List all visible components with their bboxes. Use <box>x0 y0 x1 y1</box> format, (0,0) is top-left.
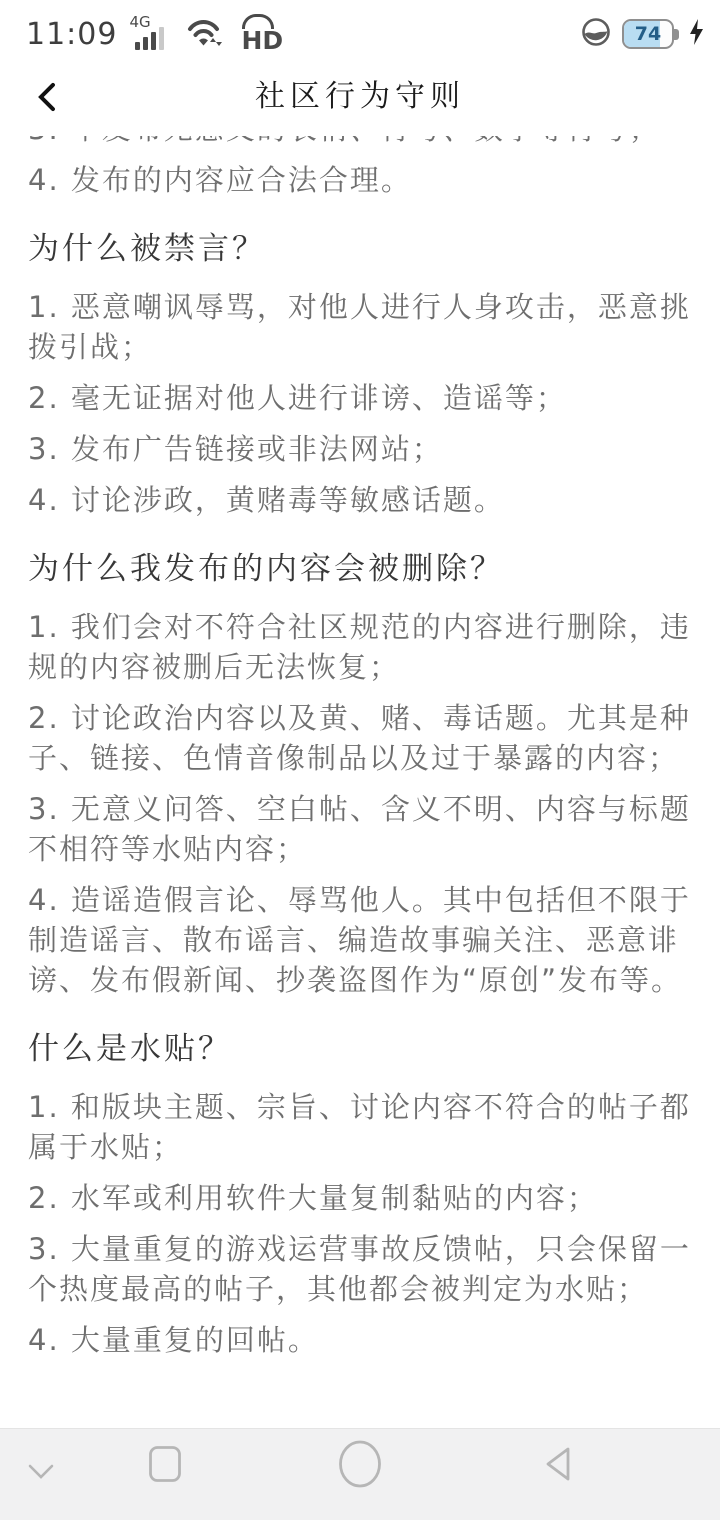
volte-hd-icon: HD <box>241 26 283 56</box>
rule-item: 2. 讨论政治内容以及黄、赌、毒话题。尤其是种子、链接、色情音像制品以及过于暴露… <box>28 698 694 778</box>
system-nav-bar <box>0 1428 720 1520</box>
rule-item-clipped: 3. 不发布无意义的表情、符号、数字等符号； <box>28 136 694 149</box>
signal-bars-icon <box>135 27 164 50</box>
guidelines-content[interactable]: 3. 不发布无意义的表情、符号、数字等符号； 4. 发布的内容应合法合理。 为什… <box>0 136 720 1428</box>
rule-item: 4. 造谣造假言论、辱骂他人。其中包括但不限于制造谣言、散布谣言、编造故事骗关注… <box>28 880 694 1000</box>
back-button[interactable] <box>28 75 68 119</box>
recents-button[interactable] <box>148 1445 182 1487</box>
square-icon <box>148 1445 182 1483</box>
title-bar: 社区行为守则 <box>0 58 720 136</box>
rule-item: 1. 恶意嘲讽辱骂，对他人进行人身攻击，恶意挑拨引战； <box>28 287 694 367</box>
battery-nub <box>674 29 679 40</box>
chevron-down-icon <box>24 1461 58 1485</box>
status-right-cluster: 74 <box>579 15 704 53</box>
wifi-icon <box>185 15 225 53</box>
status-bar: 11:09 4G HD <box>0 0 720 58</box>
clock: 11:09 <box>26 17 117 53</box>
section-heading-deleted: 为什么我发布的内容会被删除？ <box>28 547 694 591</box>
rule-item: 4. 讨论涉政，黄赌毒等敏感话题。 <box>28 480 694 520</box>
rule-item: 2. 毫无证据对他人进行诽谤、造谣等； <box>28 378 694 418</box>
cellular-signal-icon: 4G <box>127 15 173 53</box>
section-heading-banned: 为什么被禁言？ <box>28 227 694 271</box>
triangle-left-icon <box>540 1443 576 1485</box>
hide-nav-button[interactable] <box>24 1461 58 1489</box>
rule-item: 4. 发布的内容应合法合理。 <box>28 160 694 200</box>
section-heading-spam: 什么是水贴？ <box>28 1027 694 1071</box>
rule-item: 1. 我们会对不符合社区规范的内容进行删除，违规的内容被删后无法恢复； <box>28 607 694 687</box>
circle-icon <box>337 1439 383 1489</box>
rule-item: 3. 发布广告链接或非法网站； <box>28 429 694 469</box>
rule-item: 1. 和版块主题、宗旨、讨论内容不符合的帖子都属于水贴； <box>28 1087 694 1167</box>
chevron-left-icon <box>31 79 65 115</box>
battery-indicator: 74 <box>622 18 680 50</box>
battery-percent: 74 <box>622 19 674 49</box>
rule-item: 2. 水军或利用软件大量复制黏贴的内容； <box>28 1178 694 1218</box>
page-title: 社区行为守则 <box>0 58 720 136</box>
app-screen: 11:09 4G HD <box>0 0 720 1520</box>
rule-item: 3. 无意义问答、空白帖、含义不明、内容与标题不相符等水贴内容； <box>28 789 694 869</box>
status-left-cluster: 11:09 4G HD <box>26 15 283 53</box>
nav-back-button[interactable] <box>540 1443 576 1489</box>
scroll-area: 3. 不发布无意义的表情、符号、数字等符号； 4. 发布的内容应合法合理。 为什… <box>0 136 720 1360</box>
rule-item: 3. 大量重复的游戏运营事故反馈帖，只会保留一个热度最高的帖子，其他都会被判定为… <box>28 1229 694 1309</box>
eye-protection-icon <box>579 15 613 53</box>
charging-bolt-icon <box>689 18 704 50</box>
home-button[interactable] <box>337 1439 383 1493</box>
rule-item: 4. 大量重复的回帖。 <box>28 1320 694 1360</box>
